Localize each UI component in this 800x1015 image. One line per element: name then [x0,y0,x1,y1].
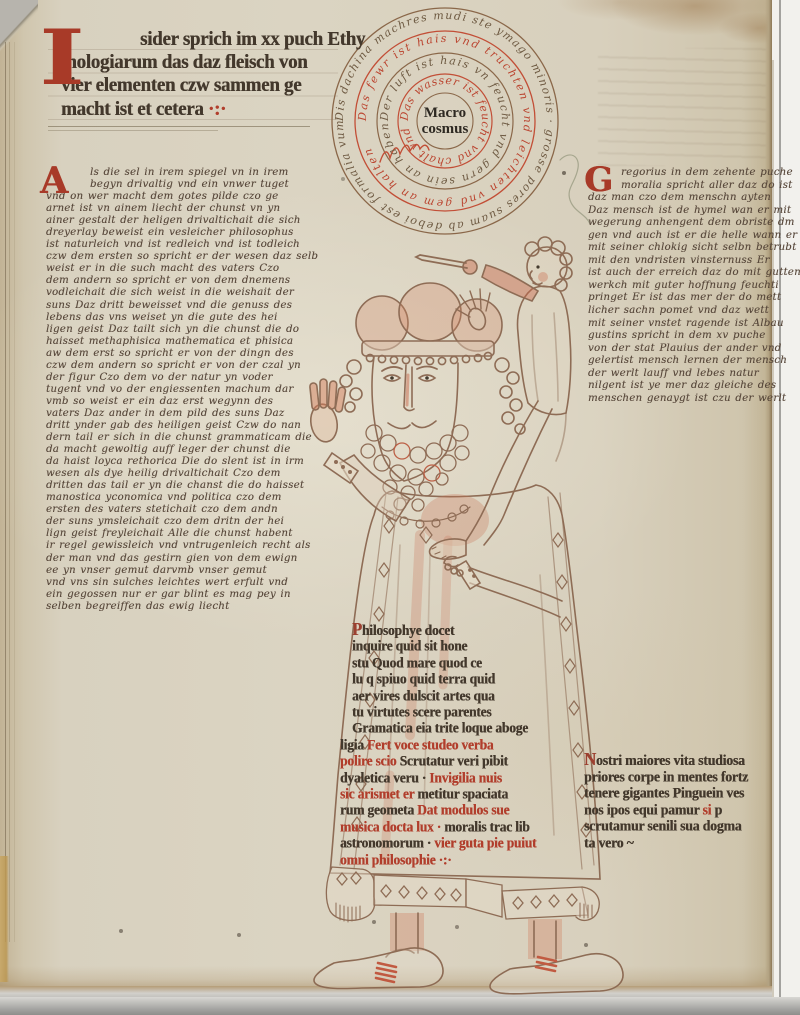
text-line: ls die sel in irem spiegel vn in irem [46,167,348,179]
text-line: weist er in die such macht des vaters Cz… [46,263,348,275]
text-segment: stu Quod mare quod ce [352,655,482,671]
text-segment: tenere gigantes Pinguein ves [584,785,744,801]
scan-background-right [772,0,800,1015]
text-line: ligen geist Daz tailt sich yn die chunst… [46,324,348,336]
text-line: mologiarum das daz fleisch von [48,50,338,75]
text-line: nilgent ist ye mer daz gleiche des [588,380,774,393]
text-line: der figur Czo dem vo der natur yn voder [46,372,348,384]
text-segment: ta vero ~ [584,835,634,851]
text-line: ta vero ~ [584,835,799,853]
text-line: lign geist freyleichait Alle die chunst … [46,528,348,540]
text-segment: dyaletica veru · [340,770,429,786]
text-segment: musica docta lux · [340,819,444,835]
text-segment: omni philosophie ·:· [340,852,452,868]
giants-shoulders-quote: Nostri maiores vita studiosapriores corp… [584,751,799,852]
text-line: dem andern so spricht er von dem dnemens [46,275,348,287]
text-line: macht ist et cetera ·:· [48,97,338,122]
chapter-heading: sider sprich im xx puch Ethymologiarum d… [48,27,338,120]
text-line: mit seiner vnstet ragende ist Albau [588,318,774,331]
text-line: dritt ynder gab des heiligen geist Czw d… [46,420,348,432]
text-line: stu Quod mare quod ce [352,655,594,672]
text-line: nos ipos equi pamur si p [584,802,799,820]
text-line: manostica yconomica vnd politica czo dem [46,492,348,504]
text-line: mit seiner chlokig sicht selbn betrubt [588,242,774,255]
heading-rule [48,130,218,131]
text-line: Gramatica eia trite loque aboge [352,720,594,737]
text-segment: hilosophye docet [362,622,454,638]
left-text-column: ls die sel in irem spiegel vn in irembeg… [46,167,348,613]
text-segment: lu q spiuo quid terra quid [352,671,495,687]
text-line: von der stat Plauius der ander vnd [588,343,774,356]
text-segment: Invigilia nuis [429,770,502,786]
text-line: tenere gigantes Pinguein ves [584,785,799,803]
text-line: astronomorum · vier guta pie puiut [340,835,594,852]
heading-rule [48,126,310,127]
text-segment: inquire quid sit hone [352,638,467,654]
text-line: ersten des vaters stetichait czo dem and… [46,504,348,516]
text-line: begyn drivaltig vnd ein vnwer tuget [46,179,348,191]
text-line: aw dem erst so spricht er von der dingn … [46,348,348,360]
text-segment: Gramatica eia trite loque aboge [352,720,528,736]
text-line: ainer gestalt der heligen drivaltichait … [46,215,348,227]
giant-head [340,283,525,481]
giant-legs-and-shoes [314,913,623,994]
text-line: aer vires dulscit artes qua [352,688,594,705]
text-segment: ostri maiores vita studiosa [596,752,745,768]
giant-holding-arm [444,557,562,617]
text-line: menschen genaygt ist czu der werlt [588,393,774,406]
text-segment: metitur spaciata [417,786,508,802]
binding-crease [5,42,6,942]
text-line: gustins spricht in dem xv puche [588,330,774,343]
text-line: dyaletica veru · Invigilia nuis [340,770,594,787]
text-line: arnet ist vn ainem liecht der chunst vn … [46,203,348,215]
gutter-edge [0,856,9,982]
text-line: ee yn vnser gemut darvmb vnser gemut [46,565,348,577]
text-line: lebens das vns weiset yn die gute des he… [46,312,348,324]
text-line: vnd vns sin sulches leichtes wert erfult… [46,577,348,589]
text-line: ist auch der erreich daz do mit gutten [588,267,774,280]
text-line: czw dem andern so spricht er von der cza… [46,360,348,372]
text-line: tu virtutes scere parentes [352,704,594,721]
text-segment: rum geometa [340,802,417,818]
text-line: ein gegossen nur er gar blint es mag pey… [46,589,348,601]
text-line: vmb so weist er ein daz erst wegynn des [46,396,348,408]
text-segment: si [702,802,711,818]
text-line: polire scio Scrutatur veri pibit [340,753,594,770]
text-line: licher sachn pomet vnd daz wett [588,305,774,318]
text-segment: tu virtutes scere parentes [352,704,491,720]
text-line: mit den vndristen vinsternuss Er [588,255,774,268]
text-line: haisset methaphisica mathematica et phis… [46,336,348,348]
text-line: sic arismet er metitur spaciata [340,786,594,803]
text-line: Daz mensch ist de hymel wan er mit [588,205,774,218]
text-segment: mologiarum das daz fleisch von [61,51,307,73]
text-segment: polire scio [340,753,400,769]
text-line: gelertist mensch lernen der mensch [588,355,774,368]
text-line: rum geometa Dat modulos sue [340,802,594,819]
right-text-column: regorius in dem zehente puchemoralia spr… [588,167,774,405]
text-line: ir regel gewissleich vnd vntrugenleich r… [46,540,348,552]
macrocosmus-label-line2: cosmus [422,121,469,137]
text-line: vaters Daz ander in dem pild des suns Da… [46,408,348,420]
text-line: der werlt lauff vnd lebes natur [588,368,774,381]
text-line: da macht gewoltig auff leger der chunst … [46,444,348,456]
text-line: dern tail er sich in die chunst grammati… [46,432,348,444]
text-line: czw dem ersten so spricht er der wesen d… [46,251,348,263]
text-segment: p [711,802,722,818]
text-line: wegerung anhengent dem obriste dm [588,217,774,230]
text-segment: ·:· [204,98,227,120]
text-line: der man vnd das gestirn gien von dem ewi… [46,553,348,565]
text-segment: Scrutatur veri pibit [400,753,508,769]
giant-robe-inscription: Philosophye docetinquire quid sit honest… [352,621,594,868]
text-line: selben begreiffen das ewig liecht [46,601,348,613]
text-line: tugent vnd vo der engiessenten machum da… [46,384,348,396]
text-segment: Dat modulos sue [417,802,509,818]
text-line: wesen als dye heilig drivaltichait Czo d… [46,468,348,480]
text-line: musica docta lux · moralis trac lib [340,819,594,836]
text-line: omni philosophie ·:· [340,852,594,869]
text-segment: ligia [340,737,367,753]
text-line: sider sprich im xx puch Ethy [48,27,338,52]
text-segment: moralis trac lib [444,819,529,835]
initial-letter-g: G [584,163,613,197]
text-line: vnd on wer macht dem gotes pilde czo ge [46,191,348,203]
text-line: da haist loyca rethorica Die do slent is… [46,456,348,468]
text-line: scrutamur senili sua dogma [584,818,799,836]
text-line: inquire quid sit hone [352,638,594,655]
text-segment: N [584,749,596,769]
text-segment: Fert voce studeo verba [367,737,493,753]
text-segment: P [352,619,362,639]
text-segment: vier elementen czw sammen ge [61,74,301,96]
ink-bleedthrough [598,48,766,166]
text-segment: sic arismet er [340,786,417,802]
text-segment: scrutamur senili sua dogma [584,818,741,834]
text-line: Nostri maiores vita studiosa [584,751,799,770]
text-line: der suns ymsleichait czo dem dritn der h… [46,516,348,528]
text-segment: aer vires dulscit artes qua [352,688,495,704]
text-segment: sider sprich im xx puch Ethy [140,28,365,50]
text-line: gen vnd auch ist er die helle wann er [588,230,774,243]
text-line: daz man czo dem menschn ayten [588,192,774,205]
text-segment: priores corpe in mentes fortz [584,769,748,785]
text-segment: vier guta pie puiut [434,835,536,851]
text-line: moralia spricht aller daz do ist [588,180,774,193]
text-segment: astronomorum · [340,835,434,851]
text-line: pringet Er ist das mer der do mett [588,292,774,305]
manuscript-scan: { "heading": { "initial": "I", "lines": … [0,0,800,1015]
text-line: priores corpe in mentes fortz [584,769,799,787]
macrocosmus-label-line1: Macro [424,105,466,121]
text-line: ist naturleich vnd ist redleich vnd ist … [46,239,348,251]
initial-letter-a: A [40,163,68,199]
parchment-specks [0,0,2,2]
text-line: vodleichait die sich weist in die weisha… [46,287,348,299]
text-line: dreyerlay beweist ein vesleicher philoso… [46,227,348,239]
text-line: werkch mit guter hoffnung feuchti [588,280,774,293]
text-segment: nos ipos equi pamur [584,802,702,818]
text-line: dritten das tail er yn die chanst die do… [46,480,348,492]
text-line: regorius in dem zehente puche [588,167,774,180]
text-line: suns Daz dritt beweisset vnd die genuss … [46,300,348,312]
initial-letter-i: I [40,20,84,96]
text-line: vier elementen czw sammen ge [48,73,338,98]
text-line: ligia Fert voce studeo verba [340,737,594,754]
text-line: lu q spiuo quid terra quid [352,671,594,688]
text-line: Philosophye docet [352,621,594,639]
